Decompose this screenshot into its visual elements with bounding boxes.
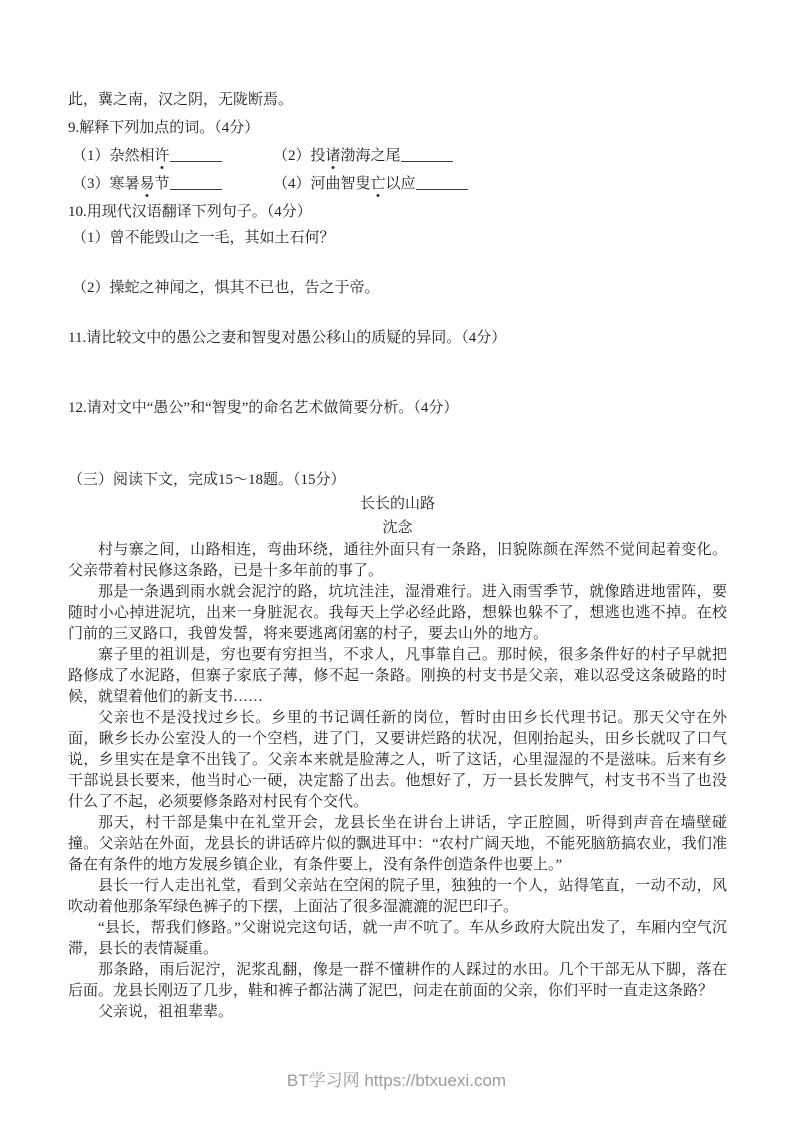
answer-blank [170,158,222,162]
story-paragraph: “县长，帮我们修路。”父谢说完这句话，就一声不吭了。车从乡政府大院出发了，车厢内… [68,918,727,960]
story-paragraph: 寨子里的祖训是，穷也要有穷担当，不求人，凡事靠自己。那时候，很多条件好的村子早就… [68,645,727,708]
item-text: 渤海之尾 [341,148,401,164]
story-paragraph: 县长一行人走出礼堂，看到父亲站在空闲的院子里，独独的一个人，站得笔直，一动不动，… [68,876,727,918]
passage-last-line: 此，冀之南，汉之阴，无陇断焉。 [68,86,727,114]
reading-title: 长长的山路 [68,492,727,516]
reading-passage: 村与寨之间，山路相连，弯曲环绕，通往外面只有一条路，旧貌陈颜在浑然不觉间起着变化… [68,540,727,1023]
question-10-item-2: （2）操蛇之神闻之，惧其不已也，告之于帝。 [68,276,727,300]
answer-blank [170,186,222,190]
story-paragraph: 那是一条遇到雨水就会泥泞的路，坑坑洼洼，湿滑难行。进入雨雪季节，就像踏进地雷阵，… [68,582,727,645]
dotted-word: 诸 [326,148,341,164]
item-text: （2）投 [273,148,326,164]
answer-space [68,250,727,276]
question-10-item-1: （1）曾不能毁山之一毛，其如土石何？ [68,226,727,250]
question-12: 12.请对文中“愚公”和“智叟”的命名艺术做简要分析。（4分） [68,396,727,420]
exam-page: 此，冀之南，汉之阴，无陇断焉。 9.解释下列加点的词。（4分） （1）杂然相许 … [0,0,793,1122]
dotted-word: 亡 [371,176,386,192]
answer-blank [401,158,453,162]
question-9-item-1: （1）杂然相许 [72,142,273,170]
question-9-row-2: （3）寒暑易节 （4）河曲智叟亡以应 [68,170,727,198]
item-text: （3）寒暑 [72,176,140,192]
answer-space [68,420,727,468]
question-9-row-1: （1）杂然相许 （2）投诸渤海之尾 [68,142,727,170]
section-3-header: （三）阅读下文，完成15～18题。（15分） [68,468,727,492]
dotted-word: 易 [140,176,155,192]
item-text: （4）河曲智叟 [273,176,371,192]
story-paragraph: 那天，村干部是集中在礼堂开会，龙县长坐在讲台上讲话，字正腔圆，听得到声音在墙壁碰… [68,813,727,876]
exam-content: 此，冀之南，汉之阴，无陇断焉。 9.解释下列加点的词。（4分） （1）杂然相许 … [68,86,727,1023]
story-paragraph: 父亲也不是没找过乡长。乡里的书记调任新的岗位，暂时由田乡长代理书记。那天父守在外… [68,708,727,813]
story-paragraph: 村与寨之间，山路相连，弯曲环绕，通往外面只有一条路，旧貌陈颜在浑然不觉间起着变化… [68,540,727,582]
story-paragraph: 那条路，雨后泥泞，泥浆乱翻，像是一群不懂耕作的人踩过的水田。几个干部无从下脚，落… [68,960,727,1002]
question-9-item-4: （4）河曲智叟亡以应 [273,170,468,198]
answer-space [68,300,727,326]
question-10-header: 10.用现代汉语翻译下列句子。（4分） [68,198,727,226]
answer-blank [416,186,468,190]
question-9-item-2: （2）投诸渤海之尾 [273,142,453,170]
answer-space [68,350,727,396]
item-text: 节 [155,176,170,192]
story-paragraph: 父亲说，祖祖辈辈。 [68,1002,727,1023]
watermark-footer: BT学习网 https://btxuexi.com [0,1066,793,1091]
question-11: 11.请比较文中的愚公之妻和智叟对愚公移山的质疑的异同。（4分） [68,326,727,350]
question-9-item-3: （3）寒暑易节 [72,170,273,198]
reading-author: 沈念 [68,516,727,540]
item-text: （1）杂然相 [72,148,155,164]
question-9-header: 9.解释下列加点的词。（4分） [68,114,727,142]
dotted-word: 许 [155,148,170,164]
item-text: 以应 [386,176,416,192]
